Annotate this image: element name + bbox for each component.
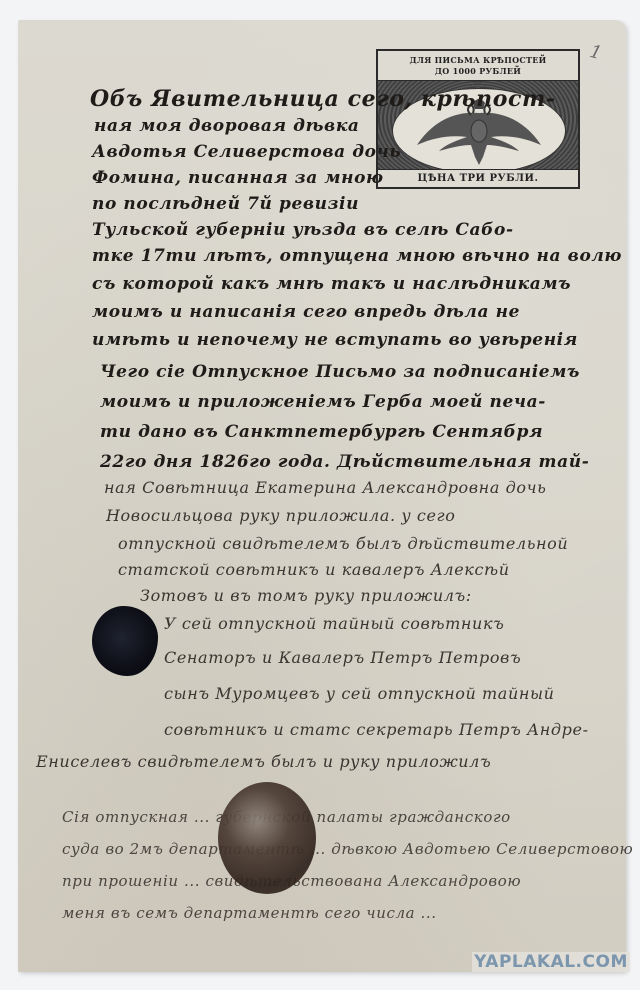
stamp-header-line1: ДЛЯ ПИСЬМА КРѢПОСТЕЙ <box>378 55 578 66</box>
text-line: Новосильцова руку приложила. у сего <box>106 506 455 525</box>
text-line: Зотовъ и въ томъ руку приложилъ: <box>140 586 472 605</box>
text-line: съ которой какъ мнѣ такъ и наслѣдникамъ <box>92 274 571 294</box>
text-line: Чего сіе Отпускное Письмо за подписаніем… <box>100 362 580 382</box>
text-line: тке 17ти лѣтъ, отпущена мною вѣчно на во… <box>92 246 622 266</box>
annotation-line: суда во 2мъ департаментѣ ... дѣвкою Авдо… <box>62 840 633 858</box>
black-wax-seal <box>92 606 158 676</box>
text-line: статской совѣтникъ и кавалеръ Алексѣй <box>118 560 510 579</box>
text-line: ная моя дворовая дѣвка <box>94 116 360 136</box>
text-line: моимъ и приложеніемъ Герба моей печа- <box>100 392 546 412</box>
text-line: отпускной свидѣтелемъ былъ дѣйствительно… <box>118 534 568 553</box>
stamp-header-line2: ДО 1000 РУБЛЕЙ <box>378 66 578 77</box>
brown-wax-seal <box>218 782 316 894</box>
text-line: Сенаторъ и Кавалеръ Петръ Петровъ <box>164 648 521 667</box>
text-line: Фомина, писанная за мною <box>92 168 384 188</box>
text-line: моимъ и написанія сего впредь дѣла не <box>92 302 520 322</box>
text-line: ти дано въ Санктпетербургѣ Сентября <box>100 422 543 442</box>
stamp-price: ЦѢНА ТРИ РУБЛИ. <box>378 169 578 187</box>
stamp-header: ДЛЯ ПИСЬМА КРѢПОСТЕЙ ДО 1000 РУБЛЕЙ <box>378 51 578 81</box>
text-line: Авдотья Селиверстова дочь <box>92 142 401 162</box>
text-line: совѣтникъ и статс секретарь Петръ Андре- <box>164 720 589 739</box>
text-line: Ениселевъ свидѣтелемъ былъ и руку прилож… <box>36 752 491 771</box>
text-line: по послѣдней 7й ревизіи <box>92 194 359 214</box>
text-line: ная Совѣтница Екатерина Александровна до… <box>104 478 547 497</box>
annotation-line: меня въ семъ департаментѣ сего числа ... <box>62 904 437 922</box>
watermark: YAPLAKAL.COM <box>472 952 630 972</box>
text-line: 22го дня 1826го года. Дѣйствительная тай… <box>100 452 589 472</box>
text-line: имѣть и непочему не вступать во увѣренія <box>92 330 578 350</box>
text-line: Объ Явительница сего, крѣпост- <box>90 86 556 112</box>
text-line: Тульской губерніи уѣзда въ селѣ Сабо- <box>92 220 514 240</box>
text-line: сынъ Муромцевъ у сей отпускной тайный <box>164 684 555 703</box>
text-line: У сей отпускной тайный совѣтникъ <box>164 614 504 633</box>
stamp-duty-block: ДЛЯ ПИСЬМА КРѢПОСТЕЙ ДО 1000 РУБЛЕЙ ЦѢНА… <box>376 49 580 189</box>
